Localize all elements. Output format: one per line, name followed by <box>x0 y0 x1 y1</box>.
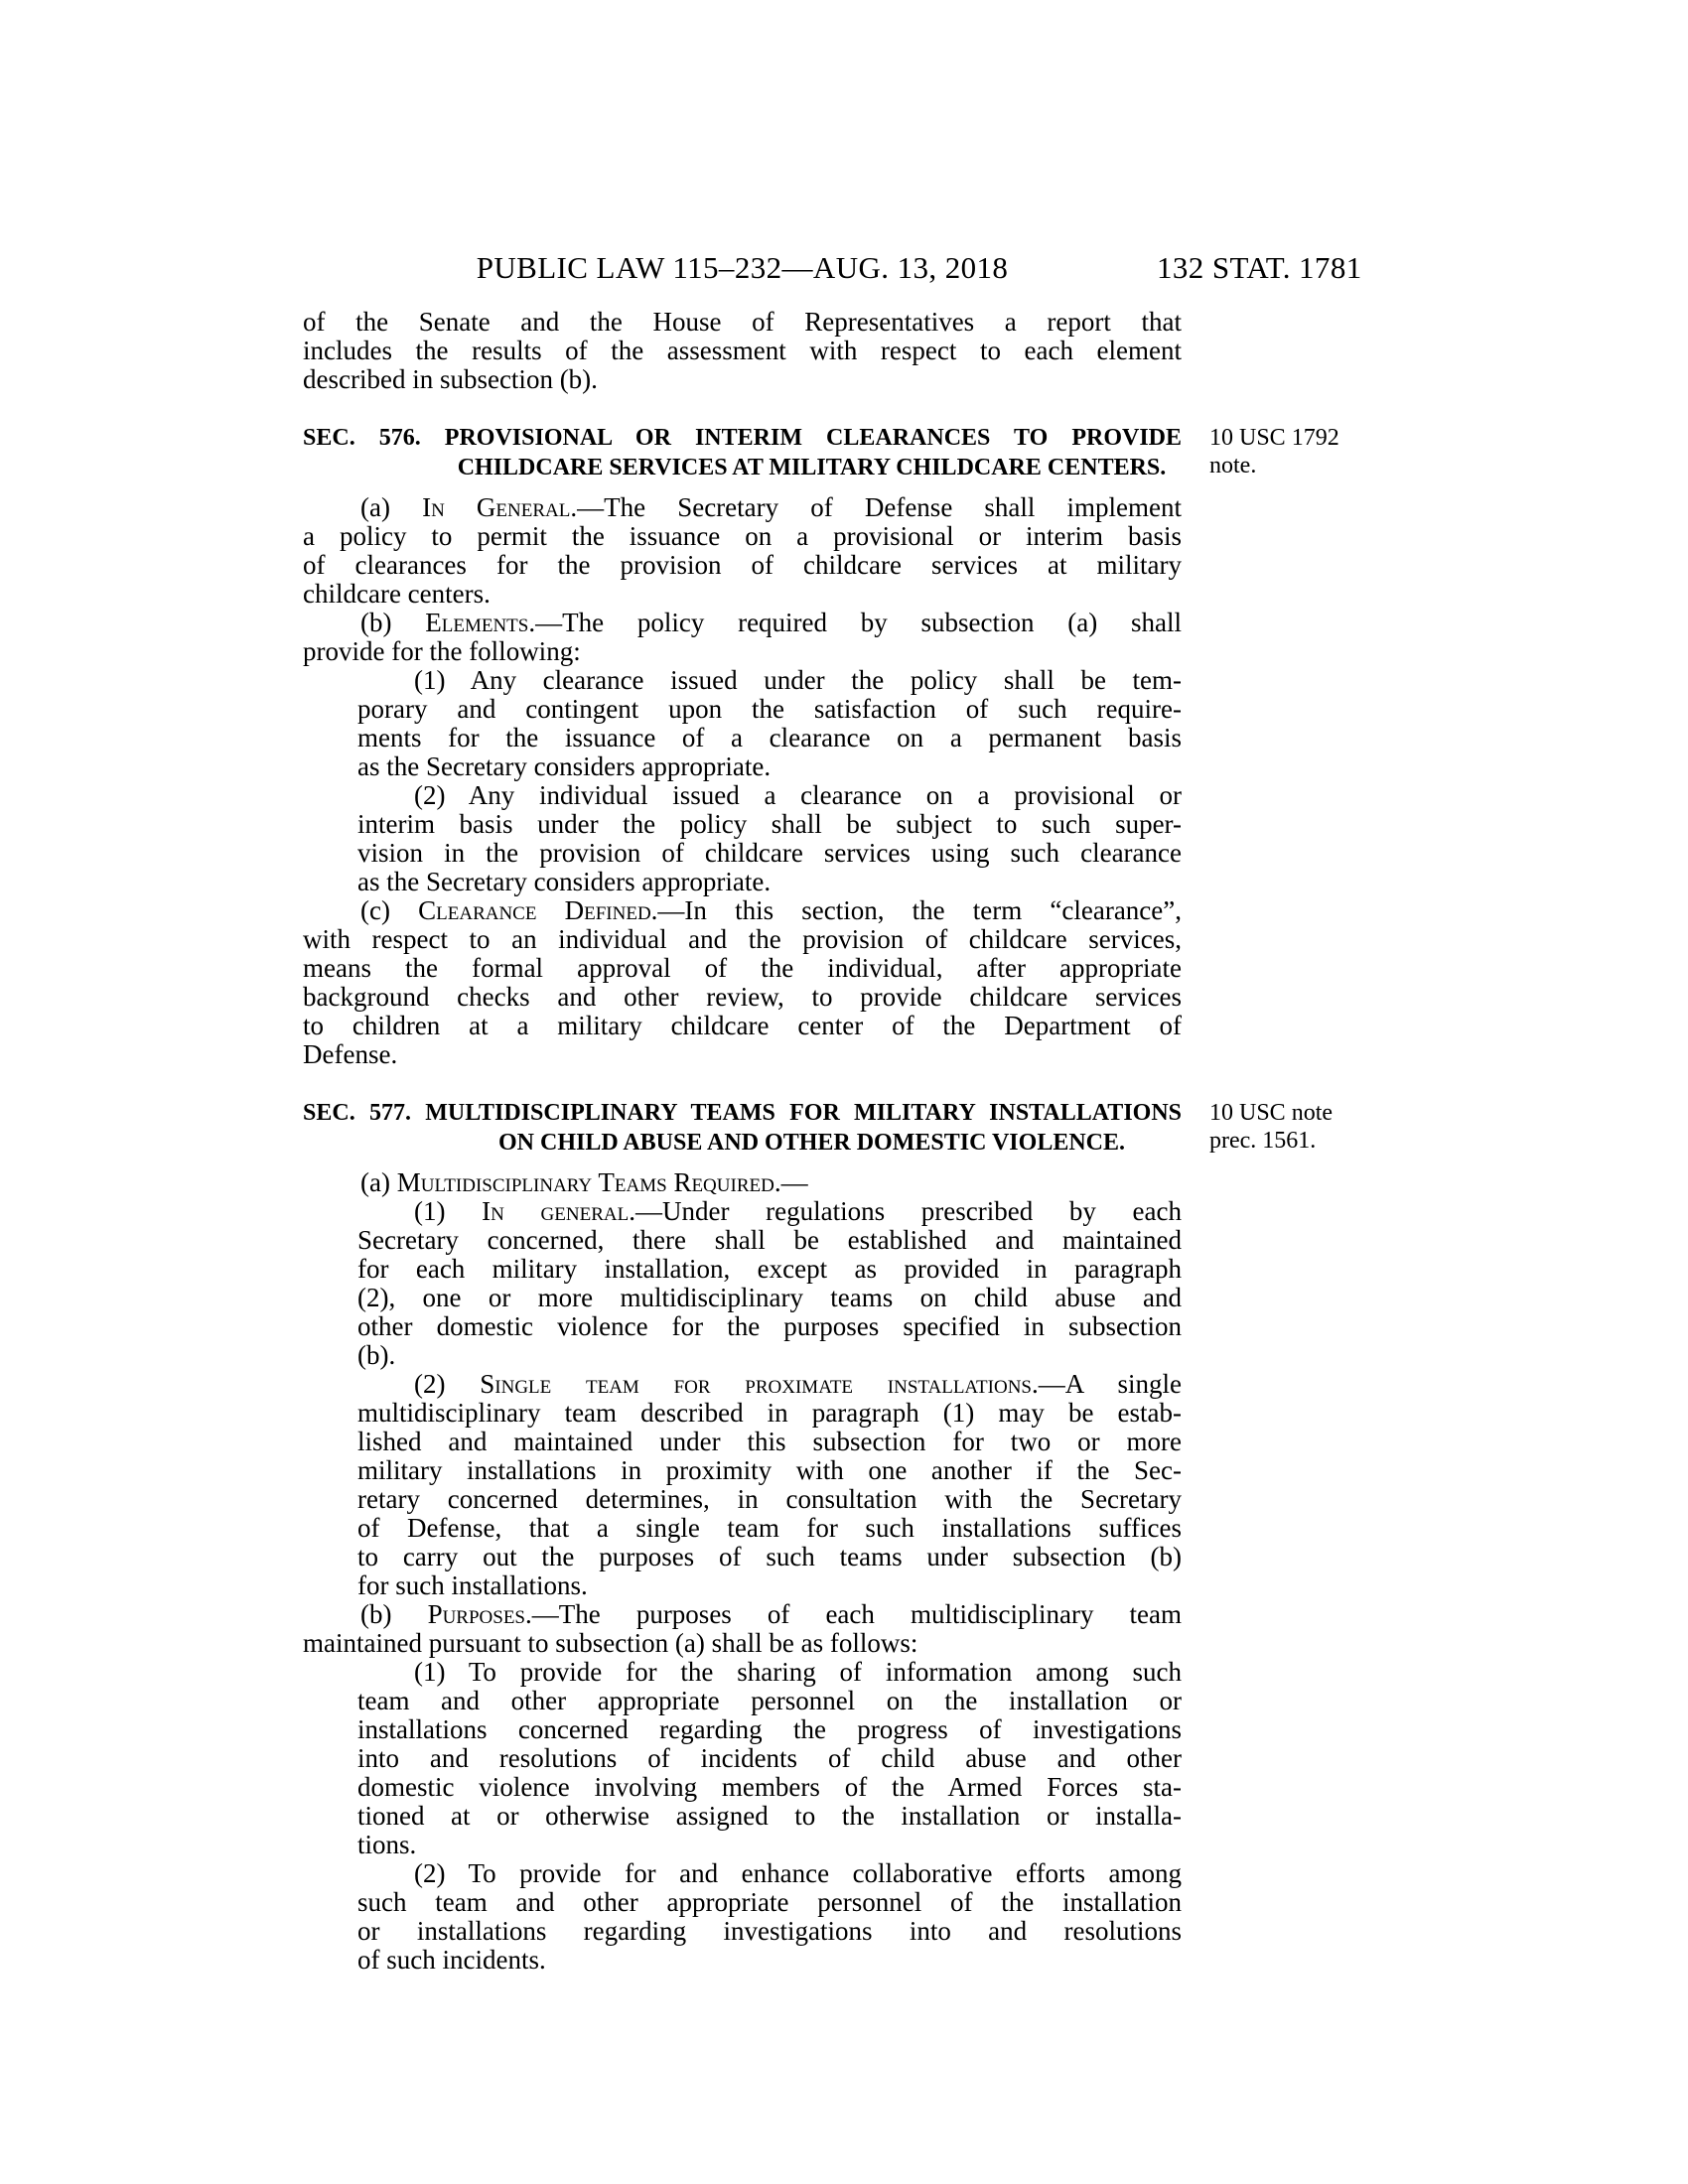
heading-line: SEC. 576. PROVISIONAL OR INTERIM CLEARAN… <box>303 423 1182 453</box>
statute-paragraph: (1) Any clearance issued under the polic… <box>303 666 1182 781</box>
text-line: such team and other appropriate personne… <box>303 1888 1182 1917</box>
text-segment: (2) <box>414 1369 480 1399</box>
text-segment: other domestic violence for the purposes… <box>357 1311 1182 1341</box>
text-line: (1) Any clearance issued under the polic… <box>303 666 1182 695</box>
text-line: for each military installation, except a… <box>303 1255 1182 1284</box>
text-segment: of the Senate and the House of Represent… <box>303 307 1182 337</box>
text-line: vision in the provision of childcare ser… <box>303 839 1182 868</box>
statute-page: PUBLIC LAW 115–232—AUG. 13, 2018 132 STA… <box>0 0 1688 2184</box>
text-segment: .—The Secretary of Defense shall impleme… <box>570 492 1182 522</box>
text-segment: .—Under regulations prescribed by each <box>629 1196 1182 1226</box>
text-line: (2), one or more multidisciplinary teams… <box>303 1284 1182 1312</box>
text-line: for such installations. <box>303 1571 1182 1600</box>
text-segment: as the Secretary considers appropriate. <box>357 867 771 896</box>
text-line: of Defense, that a single team for such … <box>303 1514 1182 1543</box>
text-line: with respect to an individual and the pr… <box>303 925 1182 954</box>
text-line: (b). <box>303 1341 1182 1370</box>
small-caps-text: Single team for proximate installations <box>480 1369 1032 1399</box>
margin-note-line: note. <box>1209 452 1468 479</box>
text-segment: (b) <box>360 608 425 637</box>
text-segment: to children at a military childcare cent… <box>303 1011 1182 1040</box>
text-line: domestic violence involving members of t… <box>303 1773 1182 1802</box>
text-segment: as the Secretary considers appropriate. <box>357 751 771 781</box>
text-segment: includes the results of the assessment w… <box>303 336 1182 365</box>
text-segment: ON CHILD ABUSE AND OTHER DOMESTIC VIOLEN… <box>498 1130 1125 1156</box>
text-segment: (1) Any clearance issued under the polic… <box>414 665 1182 695</box>
text-segment: childcare centers. <box>303 579 491 609</box>
text-line: to children at a military childcare cent… <box>303 1012 1182 1040</box>
text-line: of clearances for the provision of child… <box>303 551 1182 580</box>
text-segment: (2), one or more multidisciplinary teams… <box>357 1283 1182 1312</box>
text-segment: domestic violence involving members of t… <box>357 1772 1182 1802</box>
text-segment: (a) <box>360 1167 397 1197</box>
text-line: background checks and other review, to p… <box>303 983 1182 1012</box>
text-segment: (b). <box>357 1340 395 1370</box>
text-line: multidisciplinary team described in para… <box>303 1399 1182 1428</box>
text-line: military installations in proximity with… <box>303 1456 1182 1485</box>
heading-line: SEC. 577. MULTIDISCIPLINARY TEAMS FOR MI… <box>303 1098 1182 1128</box>
text-line: (a) In General.—The Secretary of Defense… <box>303 493 1182 522</box>
margin-note-line: 10 USC 1792 <box>1209 424 1468 452</box>
text-segment: described in subsection (b). <box>303 364 598 394</box>
text-line: to carry out the purposes of such teams … <box>303 1543 1182 1571</box>
text-segment: CHILDCARE SERVICES AT MILITARY CHILDCARE… <box>458 455 1167 480</box>
text-line: interim basis under the policy shall be … <box>303 810 1182 839</box>
text-segment: Defense. <box>303 1039 397 1069</box>
text-line: porary and contingent upon the satisfact… <box>303 695 1182 724</box>
text-line: (1) In general.—Under regulations prescr… <box>303 1197 1182 1226</box>
text-segment: vision in the provision of childcare ser… <box>357 838 1182 868</box>
text-segment: maintained pursuant to subsection (a) sh… <box>303 1628 917 1658</box>
text-segment: ments for the issuance of a clearance on… <box>357 723 1182 752</box>
text-line: described in subsection (b). <box>303 365 1182 394</box>
section-heading: SEC. 577. MULTIDISCIPLINARY TEAMS FOR MI… <box>303 1098 1182 1158</box>
text-line: lished and maintained under this subsect… <box>303 1428 1182 1456</box>
text-segment: of clearances for the provision of child… <box>303 550 1182 580</box>
text-line: tioned at or otherwise assigned to the i… <box>303 1802 1182 1831</box>
text-segment: (1) To provide for the sharing of inform… <box>414 1657 1182 1687</box>
statute-paragraph: (2) Single team for proximate installati… <box>303 1370 1182 1600</box>
text-segment: military installations in proximity with… <box>357 1455 1182 1485</box>
text-line: a policy to permit the issuance on a pro… <box>303 522 1182 551</box>
statute-paragraph: (b) Purposes.—The purposes of each multi… <box>303 1600 1182 1658</box>
heading-line: CHILDCARE SERVICES AT MILITARY CHILDCARE… <box>303 453 1182 482</box>
text-line: Secretary concerned, there shall be esta… <box>303 1226 1182 1255</box>
statute-paragraph: (c) Clearance Defined.—In this section, … <box>303 896 1182 1069</box>
text-line: (c) Clearance Defined.—In this section, … <box>303 896 1182 925</box>
text-line: installations concerned regarding the pr… <box>303 1715 1182 1744</box>
text-segment: with respect to an individual and the pr… <box>303 924 1182 954</box>
statute-paragraph: (2) To provide for and enhance collabora… <box>303 1859 1182 1975</box>
small-caps-text: In general <box>482 1196 629 1226</box>
text-segment: for each military installation, except a… <box>357 1254 1182 1284</box>
text-segment: (b) <box>360 1599 428 1629</box>
usc-margin-note: 10 USC noteprec. 1561. <box>1209 1099 1468 1155</box>
text-line: Defense. <box>303 1040 1182 1069</box>
text-line: of the Senate and the House of Represent… <box>303 308 1182 337</box>
text-segment: installations concerned regarding the pr… <box>357 1714 1182 1744</box>
text-segment: team and other appropriate personnel on … <box>357 1686 1182 1715</box>
statute-body: of the Senate and the House of Represent… <box>303 308 1182 1975</box>
text-segment: tioned at or otherwise assigned to the i… <box>357 1801 1182 1831</box>
text-line: (b) Elements.—The policy required by sub… <box>303 609 1182 637</box>
small-caps-text: Clearance Defined <box>418 895 651 925</box>
text-line: other domestic violence for the purposes… <box>303 1312 1182 1341</box>
text-segment: provide for the following: <box>303 636 581 666</box>
running-header-law-title: PUBLIC LAW 115–232—AUG. 13, 2018 <box>303 250 1182 286</box>
margin-note-line: 10 USC note <box>1209 1099 1468 1127</box>
text-segment: into and resolutions of incidents of chi… <box>357 1743 1182 1773</box>
statute-paragraph: (b) Elements.—The policy required by sub… <box>303 609 1182 666</box>
text-line: provide for the following: <box>303 637 1182 666</box>
text-segment: .—In this section, the term “clearance”, <box>651 895 1182 925</box>
heading-line: ON CHILD ABUSE AND OTHER DOMESTIC VIOLEN… <box>303 1128 1182 1158</box>
text-line: team and other appropriate personnel on … <box>303 1687 1182 1715</box>
section-heading: SEC. 576. PROVISIONAL OR INTERIM CLEARAN… <box>303 423 1182 482</box>
small-caps-text: Elements <box>425 608 528 637</box>
statute-paragraph: (a) In General.—The Secretary of Defense… <box>303 493 1182 609</box>
text-line: (2) Any individual issued a clearance on… <box>303 781 1182 810</box>
running-header-stat-citation: 132 STAT. 1781 <box>1157 250 1362 286</box>
text-segment: .—The policy required by subsection (a) … <box>528 608 1182 637</box>
text-segment: (a) <box>360 492 422 522</box>
text-segment: to carry out the purposes of such teams … <box>357 1542 1182 1571</box>
statute-paragraph: (a) Multidisciplinary Teams Required.— <box>303 1168 1182 1197</box>
small-caps-text: Purposes <box>428 1599 525 1629</box>
text-line: (a) Multidisciplinary Teams Required.— <box>303 1168 1182 1197</box>
statute-paragraph: (1) To provide for the sharing of inform… <box>303 1658 1182 1859</box>
text-segment: retary concerned determines, in consulta… <box>357 1484 1182 1514</box>
text-segment: .—The purposes of each multidisciplinary… <box>525 1599 1182 1629</box>
text-line: into and resolutions of incidents of chi… <box>303 1744 1182 1773</box>
text-line: ments for the issuance of a clearance on… <box>303 724 1182 752</box>
text-segment: of Defense, that a single team for such … <box>357 1513 1182 1543</box>
text-line: as the Secretary considers appropriate. <box>303 752 1182 781</box>
statute-paragraph: of the Senate and the House of Represent… <box>303 308 1182 394</box>
text-segment: Secretary concerned, there shall be esta… <box>357 1225 1182 1255</box>
text-segment: (2) To provide for and enhance collabora… <box>414 1858 1182 1888</box>
text-line: (b) Purposes.—The purposes of each multi… <box>303 1600 1182 1629</box>
text-line: of such incidents. <box>303 1946 1182 1975</box>
text-line: retary concerned determines, in consulta… <box>303 1485 1182 1514</box>
text-segment: (1) <box>414 1196 482 1226</box>
text-segment: .—A single <box>1032 1369 1182 1399</box>
text-line: tions. <box>303 1831 1182 1859</box>
text-segment: multidisciplinary team described in para… <box>357 1398 1182 1428</box>
text-segment: SEC. 577. MULTIDISCIPLINARY TEAMS FOR MI… <box>303 1100 1182 1126</box>
text-line: maintained pursuant to subsection (a) sh… <box>303 1629 1182 1658</box>
text-segment: means the formal approval of the individ… <box>303 953 1182 983</box>
text-segment: lished and maintained under this subsect… <box>357 1427 1182 1456</box>
statute-paragraph: (1) In general.—Under regulations prescr… <box>303 1197 1182 1370</box>
text-segment: SEC. 576. PROVISIONAL OR INTERIM CLEARAN… <box>303 425 1182 451</box>
usc-margin-note: 10 USC 1792note. <box>1209 424 1468 479</box>
text-line: (2) Single team for proximate installati… <box>303 1370 1182 1399</box>
text-segment: background checks and other review, to p… <box>303 982 1182 1012</box>
text-line: includes the results of the assessment w… <box>303 337 1182 365</box>
text-line: or installations regarding investigation… <box>303 1917 1182 1946</box>
statute-paragraph: (2) Any individual issued a clearance on… <box>303 781 1182 896</box>
text-segment: or installations regarding investigation… <box>357 1916 1182 1946</box>
small-caps-text: In General <box>422 492 570 522</box>
text-segment: for such installations. <box>357 1570 588 1600</box>
text-line: as the Secretary considers appropriate. <box>303 868 1182 896</box>
text-segment: .— <box>774 1167 808 1197</box>
text-segment: (2) Any individual issued a clearance on… <box>414 780 1182 810</box>
text-segment: porary and contingent upon the satisfact… <box>357 694 1182 724</box>
small-caps-text: Multidisciplinary Teams Required <box>397 1167 774 1197</box>
text-segment: such team and other appropriate personne… <box>357 1887 1182 1917</box>
text-segment: tions. <box>357 1830 416 1859</box>
text-segment: interim basis under the policy shall be … <box>357 809 1182 839</box>
margin-note-line: prec. 1561. <box>1209 1127 1468 1155</box>
text-line: (1) To provide for the sharing of inform… <box>303 1658 1182 1687</box>
text-line: means the formal approval of the individ… <box>303 954 1182 983</box>
text-segment: (c) <box>360 895 418 925</box>
text-segment: of such incidents. <box>357 1945 546 1975</box>
text-segment: a policy to permit the issuance on a pro… <box>303 521 1182 551</box>
text-line: (2) To provide for and enhance collabora… <box>303 1859 1182 1888</box>
text-line: childcare centers. <box>303 580 1182 609</box>
